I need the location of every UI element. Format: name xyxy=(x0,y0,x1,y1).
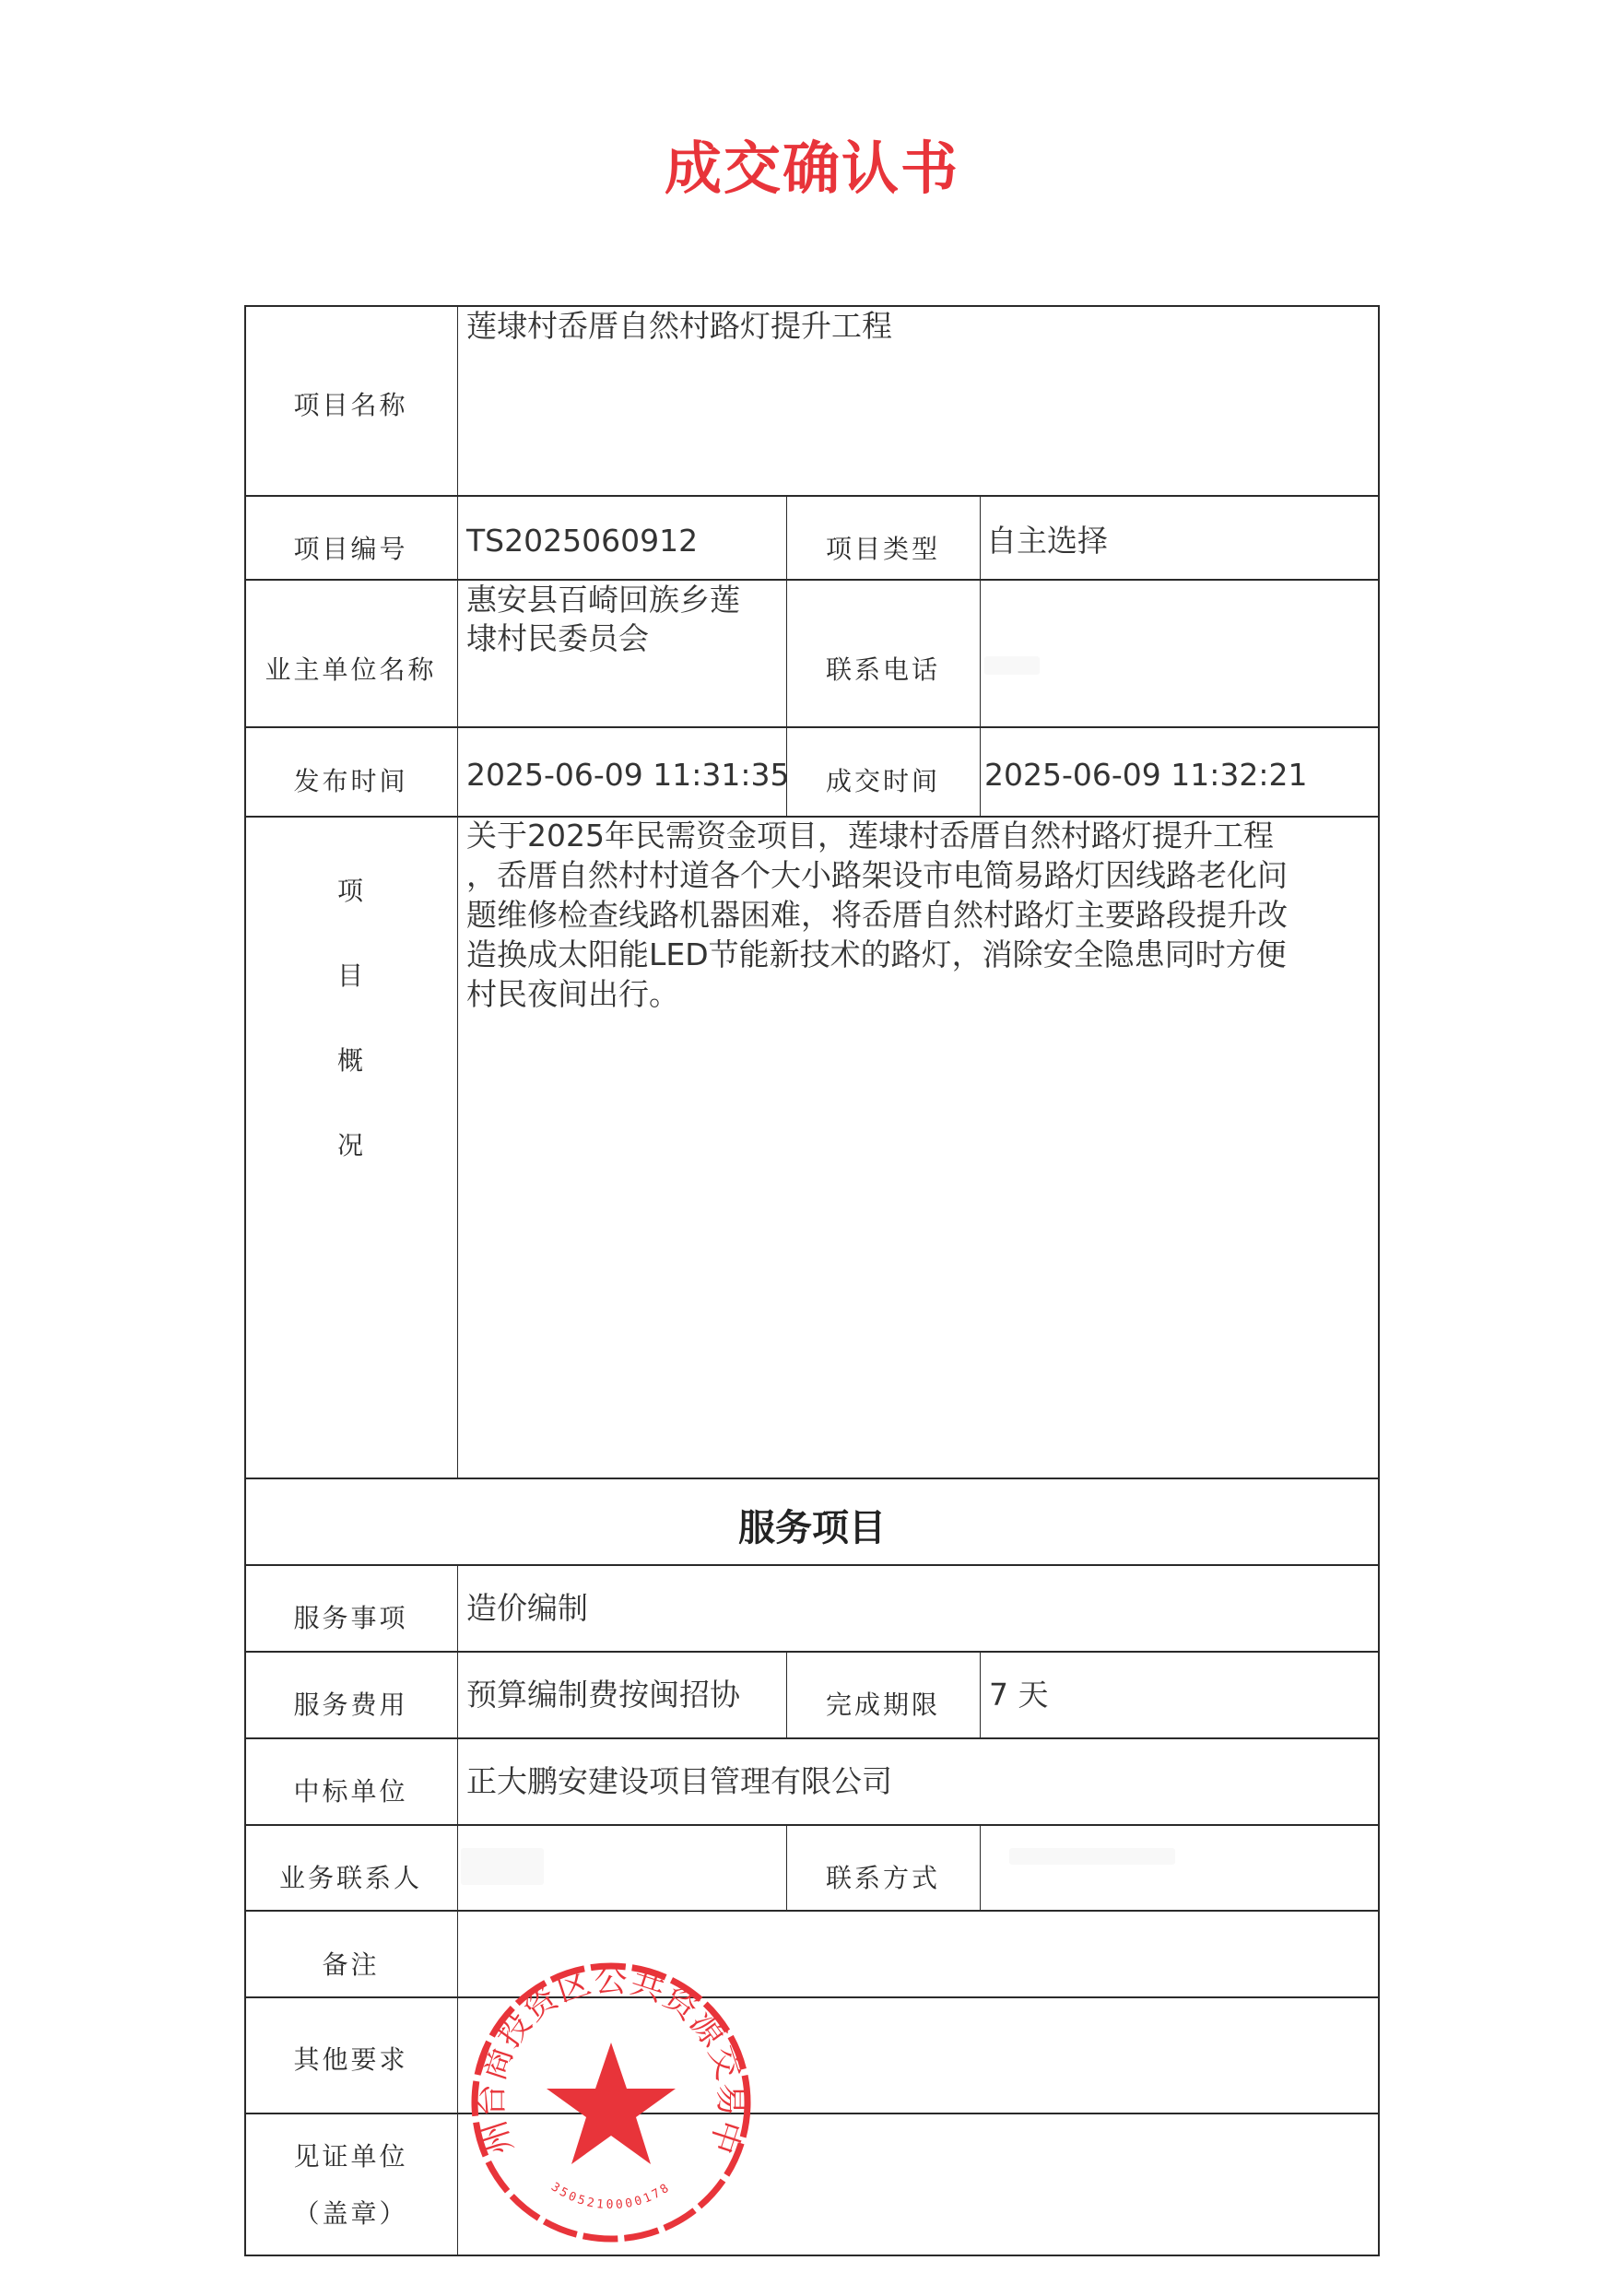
row-divider xyxy=(244,1910,1380,1912)
witness-sub-label: （盖章） xyxy=(244,2194,457,2231)
overview-label-char: 概 xyxy=(332,1041,369,1077)
project-name-value: 莲埭村岙厝自然村路灯提升工程 xyxy=(466,307,892,345)
overview-line: 村民夜间出行。 xyxy=(466,975,679,1013)
document-title: 成交确认书 xyxy=(0,140,1624,197)
contact-person-label: 业务联系人 xyxy=(244,1858,457,1895)
row-divider xyxy=(244,1651,1380,1653)
service-fee-value: 预算编制费按闽招协 xyxy=(466,1676,740,1713)
overview-line: 关于2025年民需资金项目，莲埭村岙厝自然村路灯提升工程 xyxy=(466,817,1274,854)
row-divider xyxy=(244,2113,1380,2114)
row-divider xyxy=(244,1996,1380,1998)
row-divider xyxy=(244,1478,1380,1479)
remark-label: 备注 xyxy=(244,1945,457,1982)
deal-time-label: 成交时间 xyxy=(786,761,980,798)
row-divider xyxy=(244,1564,1380,1566)
service-item-value: 造价编制 xyxy=(466,1589,588,1627)
contact-method-label: 联系方式 xyxy=(786,1858,980,1895)
project-type-label: 项目类型 xyxy=(786,529,980,566)
col-divider xyxy=(457,1564,458,2256)
col-divider xyxy=(980,1824,981,1910)
deadline-label: 完成期限 xyxy=(786,1685,980,1722)
owner-label: 业主单位名称 xyxy=(244,650,457,687)
overview-line: 题维修检查线路机器困难，将岙厝自然村路灯主要路段提升改 xyxy=(466,896,1288,934)
project-type-value: 自主选择 xyxy=(986,522,1108,559)
winner-label: 中标单位 xyxy=(244,1772,457,1808)
phone-value-redacted xyxy=(984,656,1040,675)
overview-label-char: 况 xyxy=(332,1125,369,1162)
row-divider xyxy=(244,1737,1380,1739)
overview-label-char: 目 xyxy=(332,956,369,993)
service-section-title: 服务项目 xyxy=(244,1499,1380,1551)
deadline-value: 7 天 xyxy=(989,1676,1049,1713)
phone-label: 联系电话 xyxy=(786,650,980,687)
release-time-label: 发布时间 xyxy=(244,761,457,798)
project-name-label: 项目名称 xyxy=(244,385,457,422)
overview-label-char: 项 xyxy=(332,871,369,908)
winner-value: 正大鹏安建设项目管理有限公司 xyxy=(466,1762,892,1800)
service-item-label: 服务事项 xyxy=(244,1598,457,1635)
row-divider xyxy=(244,579,1380,581)
seal-icon: 泉州台商投资区公共资源交易中心 3505210000178 xyxy=(468,1960,754,2245)
official-seal: 泉州台商投资区公共资源交易中心 3505210000178 xyxy=(468,1960,754,2245)
overview-line: ，岙厝自然村村道各个大小路架设市电简易路灯因线路老化问 xyxy=(466,856,1288,894)
overview-line: 造换成太阳能LED节能新技术的路灯，消除安全隐患同时方便 xyxy=(466,936,1287,973)
row-divider xyxy=(244,495,1380,497)
owner-value-line2: 埭村民委员会 xyxy=(466,619,649,657)
svg-text:3505210000178: 3505210000178 xyxy=(548,2180,674,2212)
project-code-value: TS2025060912 xyxy=(466,522,698,559)
other-requirements-label: 其他要求 xyxy=(244,2040,457,2077)
row-divider xyxy=(244,1824,1380,1826)
col-divider xyxy=(980,495,981,816)
owner-value-line1: 惠安县百崎回族乡莲 xyxy=(466,581,740,618)
project-code-label: 项目编号 xyxy=(244,529,457,566)
contact-method-redacted xyxy=(1009,1848,1175,1865)
col-divider xyxy=(980,1651,981,1737)
service-fee-label: 服务费用 xyxy=(244,1685,457,1722)
row-divider xyxy=(244,726,1380,728)
release-time-value: 2025-06-09 11:31:35 xyxy=(466,756,789,794)
col-divider xyxy=(457,305,458,1478)
contact-person-redacted xyxy=(461,1848,544,1885)
witness-label: 见证单位 xyxy=(244,2137,457,2173)
deal-time-value: 2025-06-09 11:32:21 xyxy=(984,756,1307,794)
